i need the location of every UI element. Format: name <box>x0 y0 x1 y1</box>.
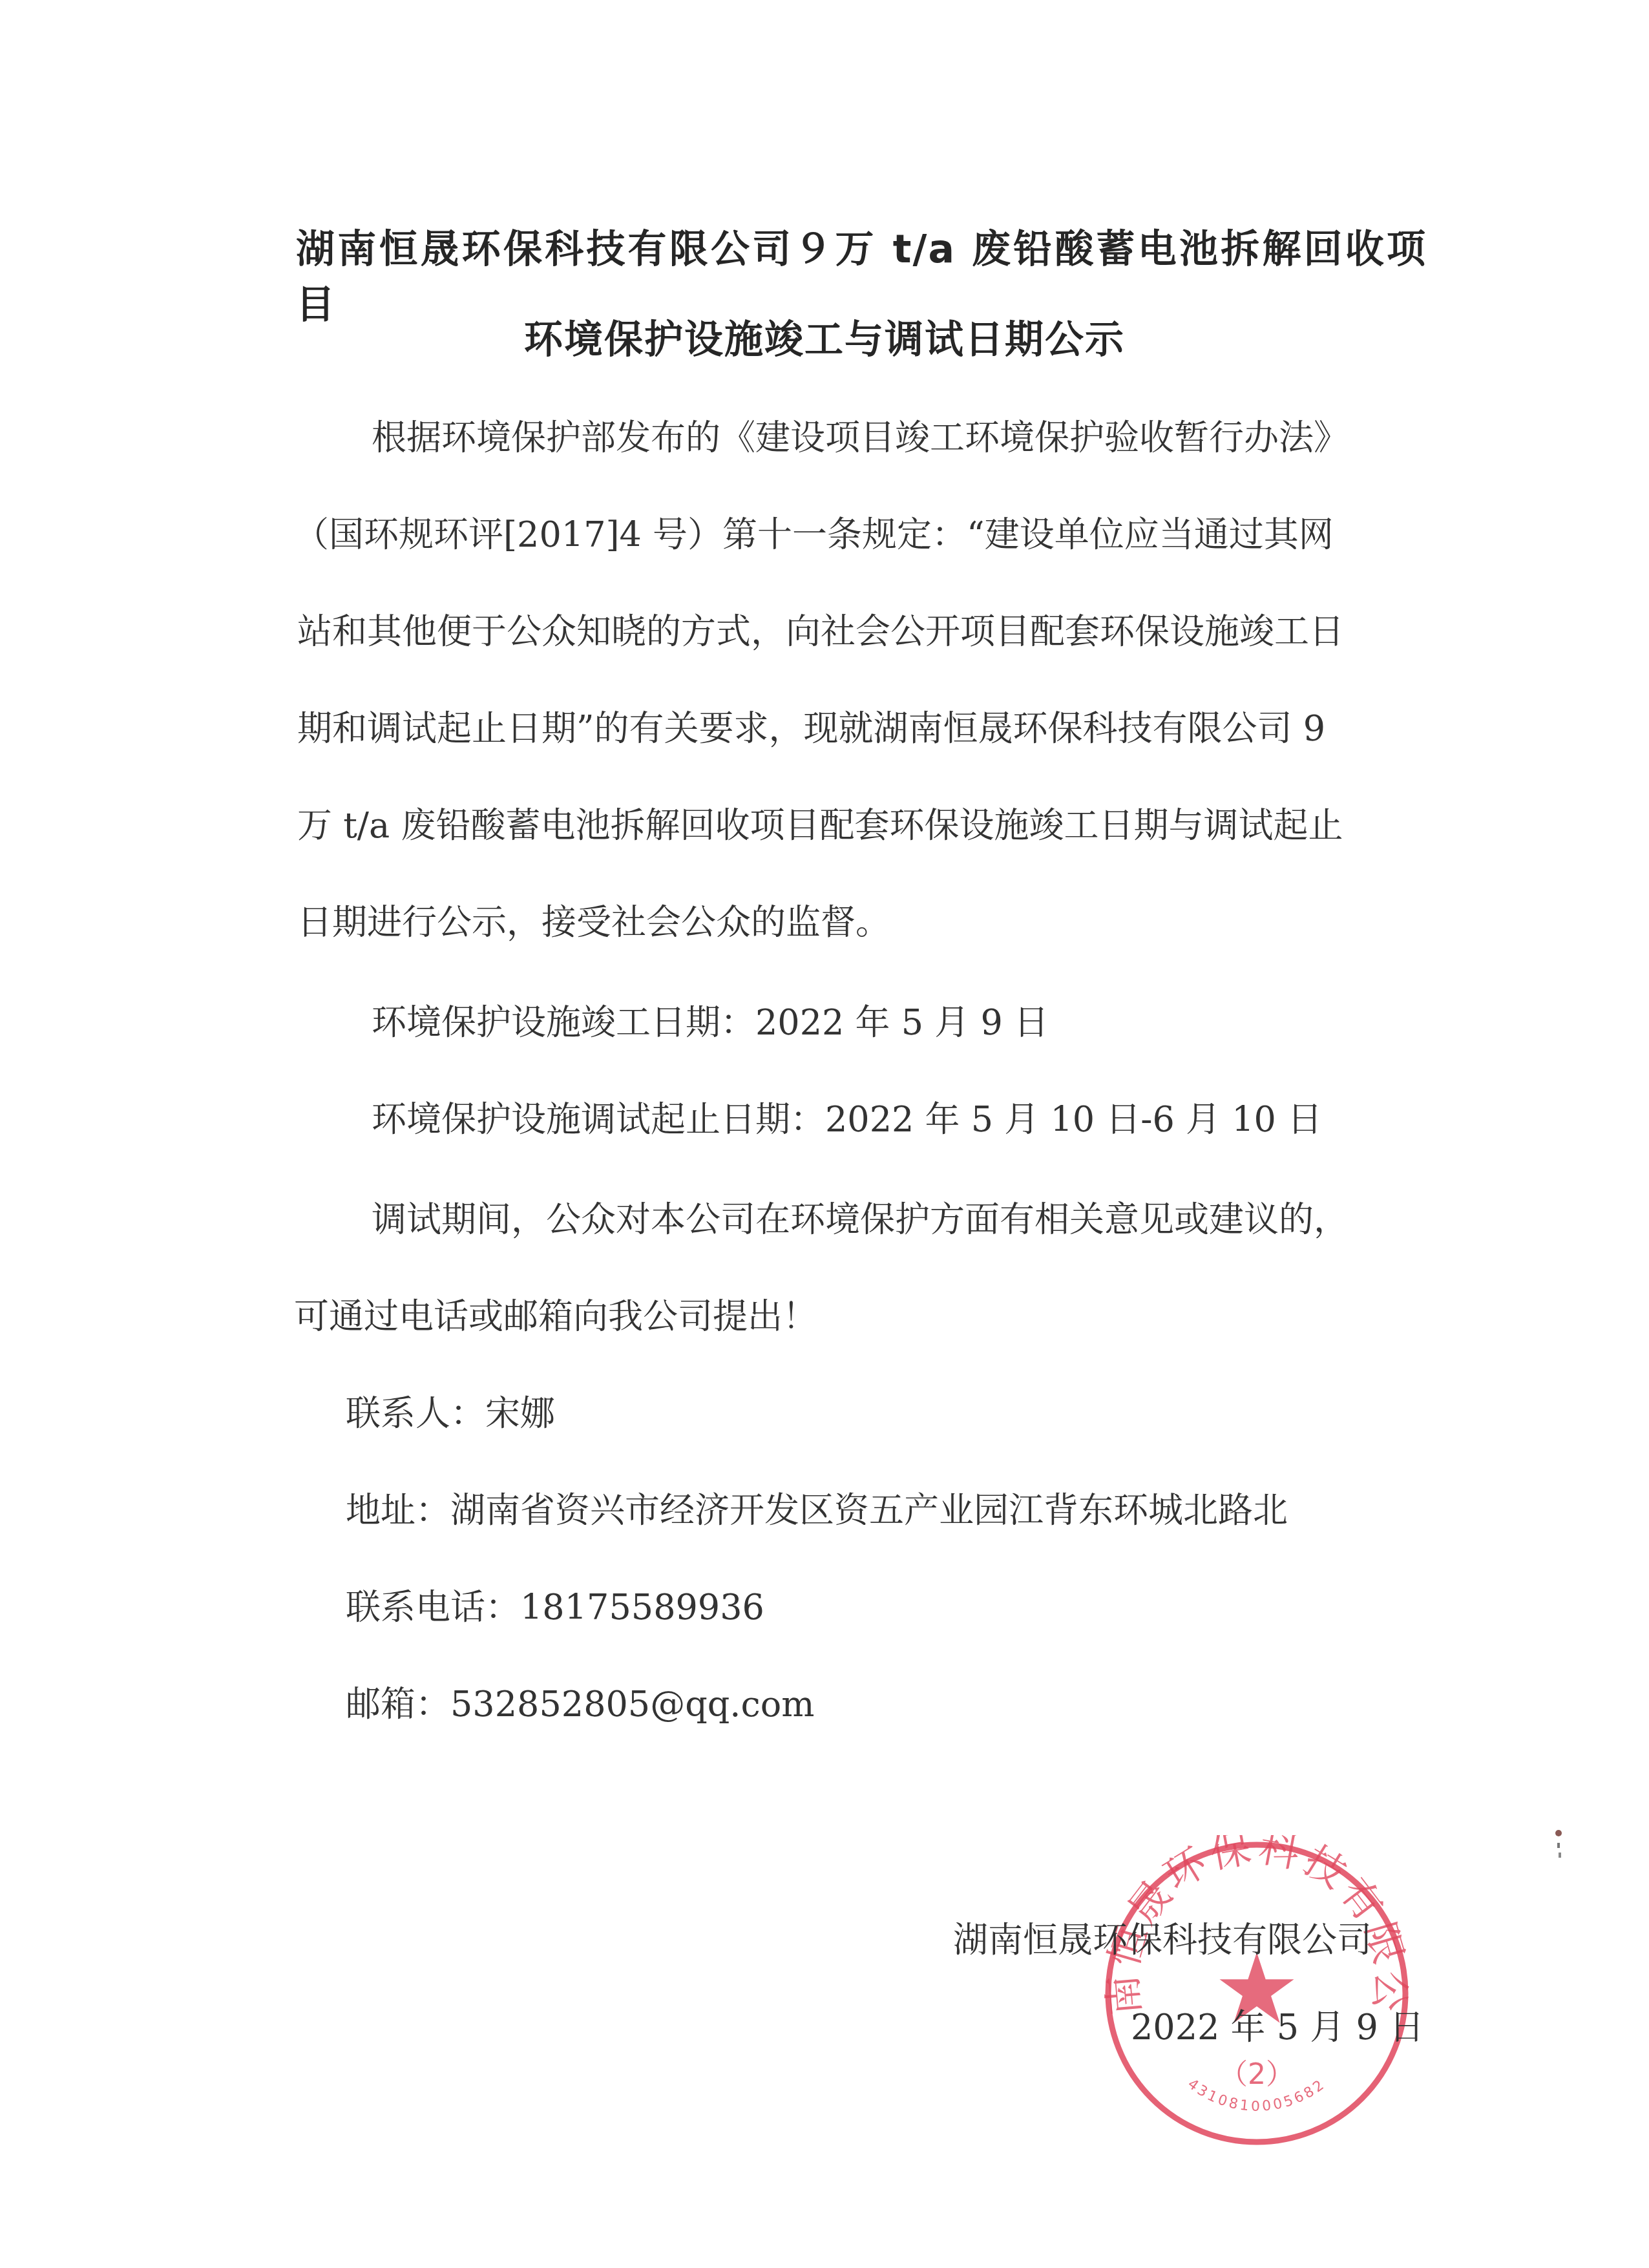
body-line-4: 期和调试起止日期”的有关要求，现就湖南恒晟环保科技有限公司 9 <box>297 701 1325 751</box>
contact-phone: 联系电话：18175589936 <box>346 1580 764 1630</box>
feedback-line-2: 可通过电话或邮箱向我公司提出！ <box>294 1289 817 1339</box>
contact-person: 联系人：宋娜 <box>346 1386 555 1436</box>
body-line-6: 日期进行公示，接受社会公众的监督。 <box>297 895 890 945</box>
contact-address: 地址：湖南省资兴市经济开发区资五产业园江背东环城北路北 <box>346 1483 1288 1533</box>
body-line-3: 站和其他便于公众知晓的方式，向社会公开项目配套环保设施竣工日 <box>297 604 1344 654</box>
seal-icon: 湖南恒晟环保科技有限公司 ★ （2） 4310810005682 <box>1098 1835 1415 2152</box>
title-line-2: 环境保护设施竣工与调试日期公示 <box>0 309 1649 364</box>
signature-company: 湖南恒晟环保科技有限公司 <box>953 1913 1372 1962</box>
scan-marks <box>1554 1829 1563 1861</box>
commissioning-period: 环境保护设施调试起止日期：2022 年 5 月 10 日-6 月 10 日 <box>372 1092 1322 1142</box>
seal-subtext: （2） <box>1219 2058 1294 2091</box>
completion-date: 环境保护设施竣工日期：2022 年 5 月 9 日 <box>372 995 1049 1045</box>
signature-date: 2022 年 5 月 9 日 <box>1131 2000 1424 2050</box>
body-line-5: 万 t/a 废铅酸蓄电池拆解回收项目配套环保设施竣工日期与调试起止 <box>297 798 1343 848</box>
contact-email: 邮箱：532852805@qq.com <box>346 1677 814 1727</box>
body-line-1: 根据环境保护部发布的《建设项目竣工环境保护验收暂行办法》 <box>372 410 1349 460</box>
feedback-line-1: 调试期间，公众对本公司在环境保护方面有相关意见或建议的， <box>372 1192 1349 1242</box>
body-line-2: （国环规环评[2017]4 号）第十一条规定：“建设单位应当通过其网 <box>294 507 1334 557</box>
company-seal: 湖南恒晟环保科技有限公司 ★ （2） 4310810005682 <box>1098 1835 1415 2152</box>
